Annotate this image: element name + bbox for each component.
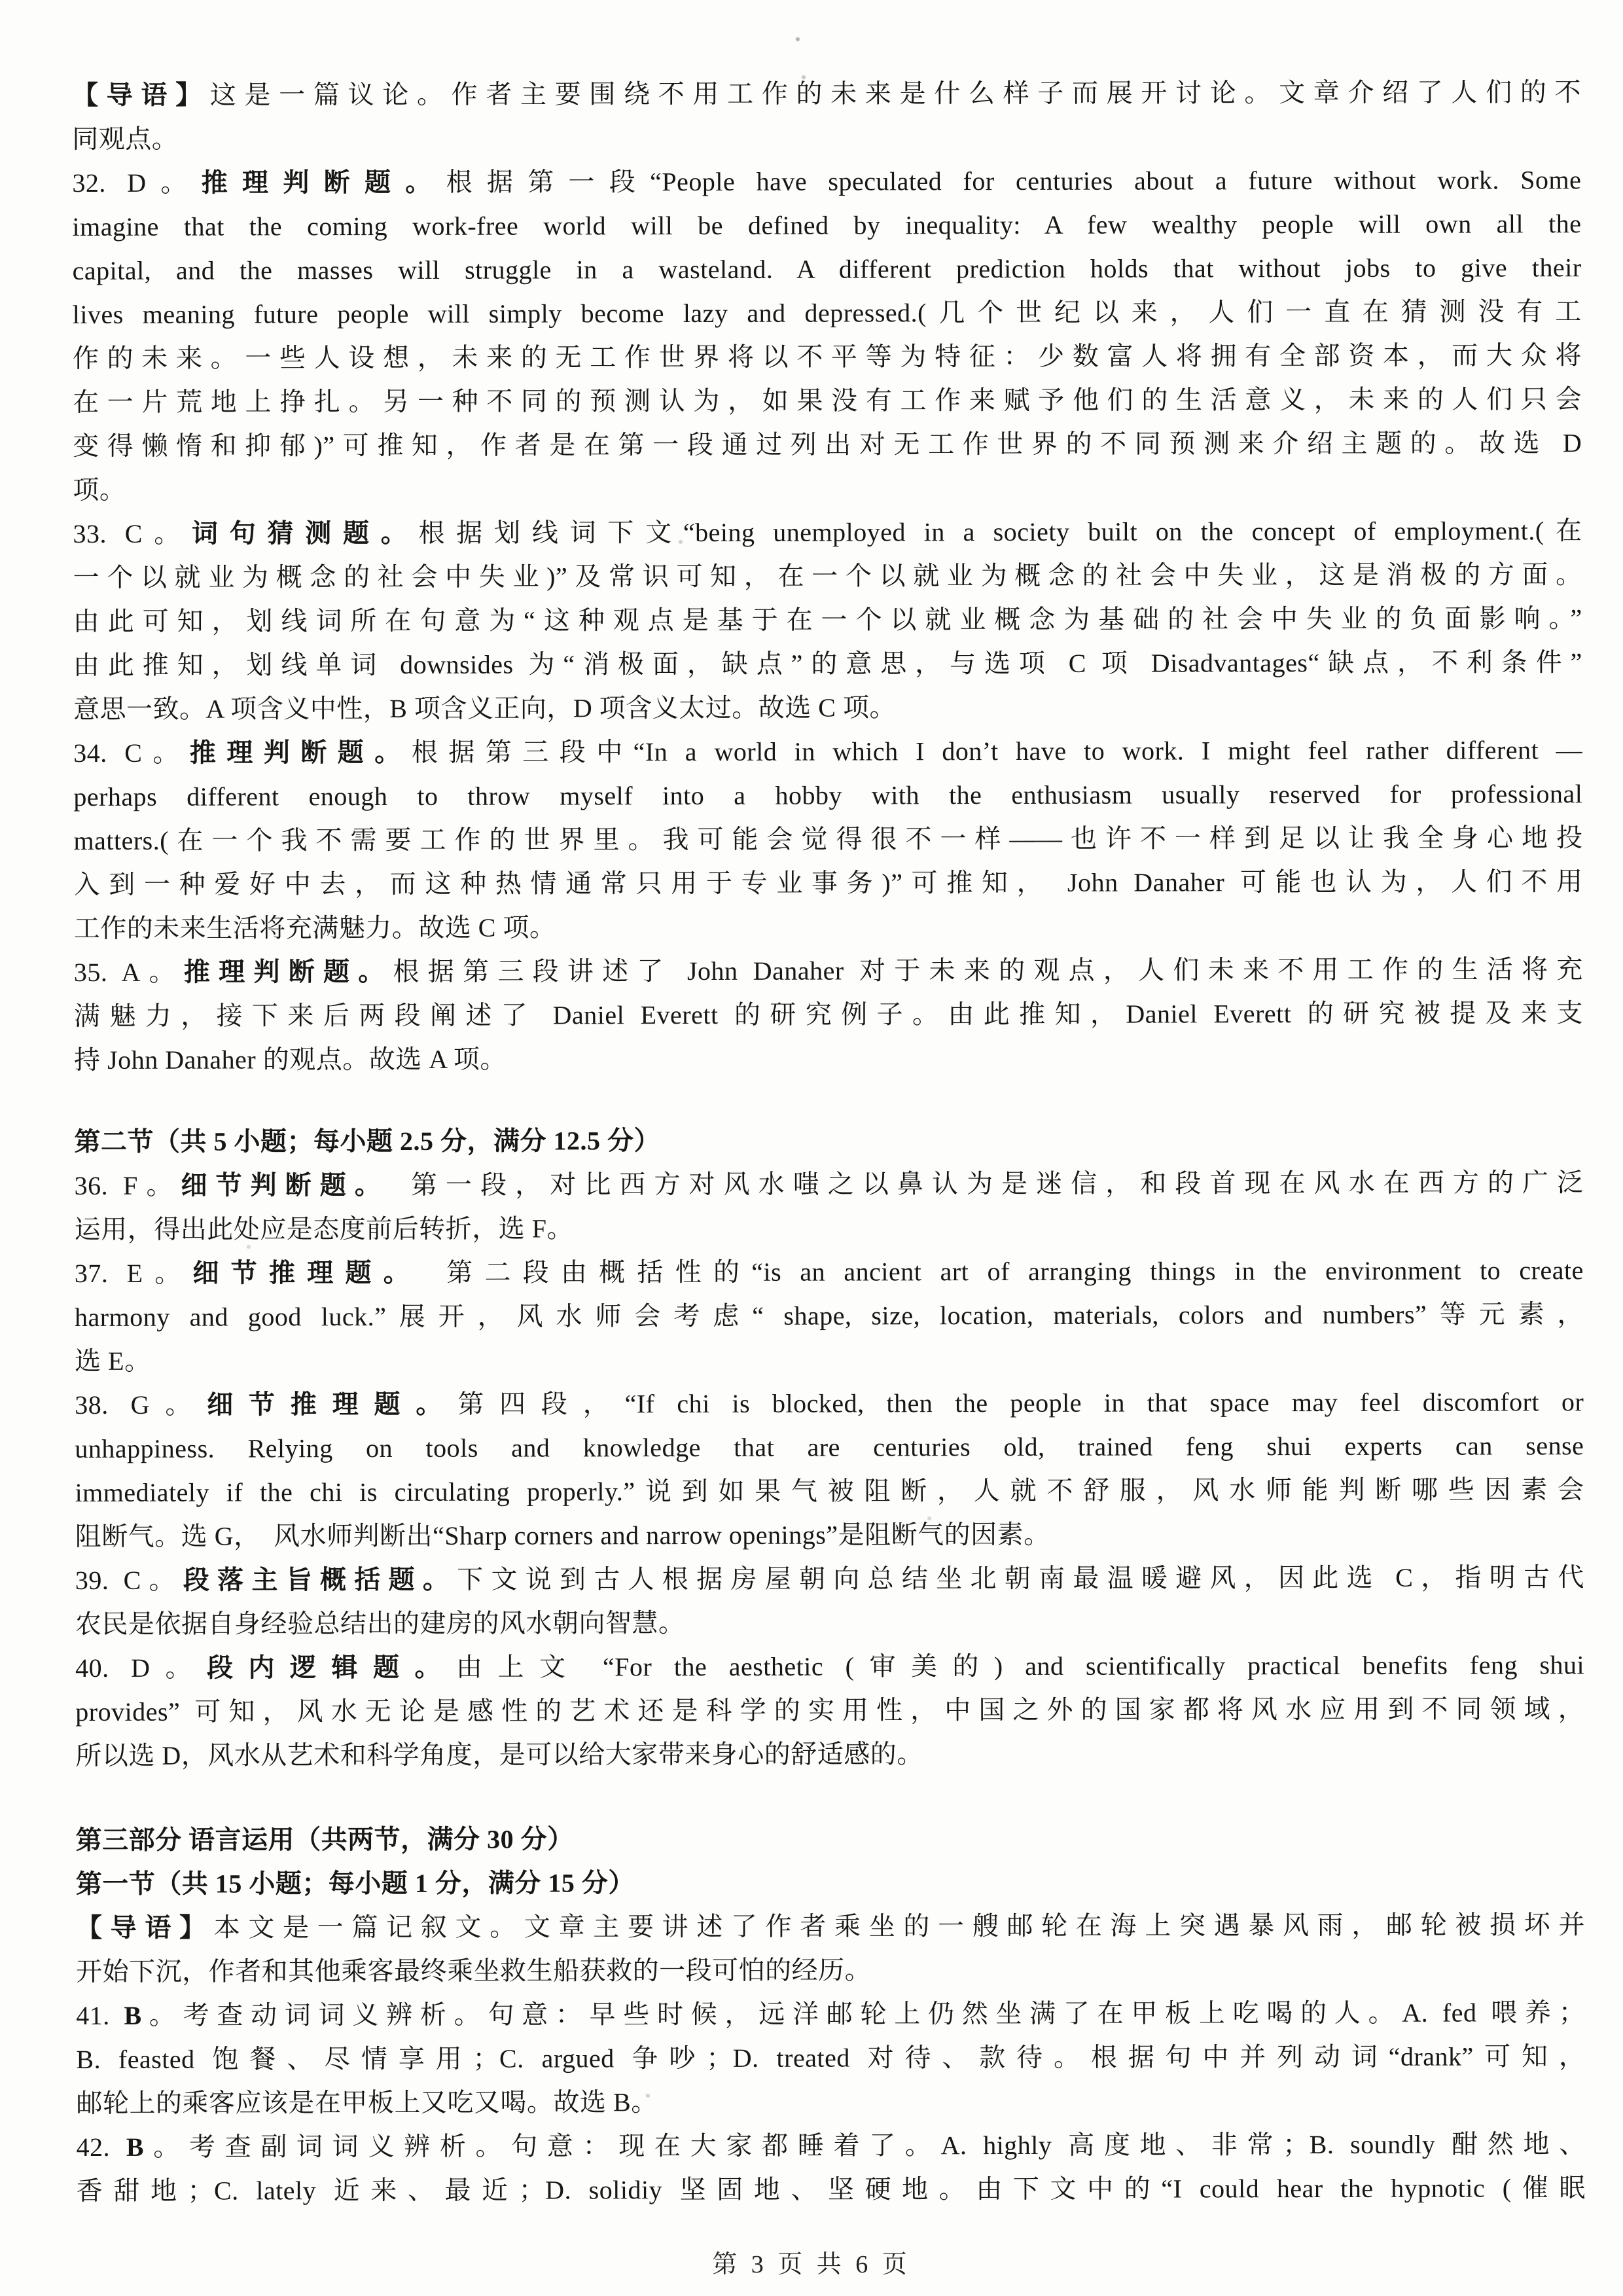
text-line: 在一片荒地上挣扎。另一种不同的预测认为，如果没有工作来赋予他们的生活意义，未来的…: [73, 377, 1582, 424]
text-run: unhappiness. Relying on tools and knowle…: [75, 1431, 1584, 1463]
text-line: 变得懒惰和抑郁)”可推知，作者是在第一段通过列出对无工作世界的不同预测来介绍主题…: [73, 421, 1582, 468]
text-run: 一个以就业为概念的社会中失业)”及常识可知，在一个以就业为概念的社会中失业，这是…: [73, 560, 1582, 592]
text-run: 入到一种爱好中去，而这种热情通常只用于专业事务)”可推知， John Danah…: [74, 867, 1583, 899]
text-line: perhaps different enough to throw myself…: [73, 772, 1582, 819]
text-line: 由此推知，划线单词 downsides 为“消极面，缺点”的意思，与选项 C 项…: [73, 640, 1582, 687]
text-run: 开始下沉，作者和其他乘客最终乘坐救生船获救的一段可怕的经历。: [76, 1955, 871, 1986]
bold-run: 词句猜测题。: [192, 518, 419, 548]
text-run: 根据第三段中“In a world in which I don’t have …: [412, 735, 1583, 767]
text-line: 持 John Danaher 的观点。故选 A 项。: [74, 1035, 1583, 1082]
text-line: lives meaning future people will simply …: [73, 289, 1582, 336]
text-run: 第一段，对比西方对风水嗤之以鼻认为是迷信，和段首现在风水在西方的广泛: [376, 1168, 1584, 1200]
bold-run: 细节推理题。: [207, 1390, 457, 1420]
text-run: 41.: [76, 2001, 124, 2030]
text-line: harmony and good luck.”展开，风水师会考虑“ shape,…: [75, 1292, 1584, 1339]
text-line: 38. G。细节推理题。第四段，“If chi is blocked, then…: [75, 1380, 1584, 1427]
text-run: 35. A。: [74, 958, 184, 987]
text-run: 第四段，“If chi is blocked, then the people …: [457, 1387, 1584, 1419]
text-run: imagine that the coming work-free world …: [72, 209, 1581, 242]
bold-run: B: [126, 2132, 144, 2162]
text-line: 项。: [73, 465, 1582, 512]
text-run: 36. F。: [75, 1171, 181, 1200]
text-line: 一个以就业为概念的社会中失业)”及常识可知，在一个以就业为概念的社会中失业，这是…: [73, 552, 1582, 600]
text-run: immediately if the chi is circulating pr…: [75, 1475, 1584, 1507]
text-line: 39. C。段落主旨概括题。下文说到古人根据房屋朝向总结坐北朝南最温暖避风，因此…: [75, 1555, 1584, 1602]
text-run: 在一片荒地上挣扎。另一种不同的预测认为，如果没有工作来赋予他们的生活意义，未来的…: [73, 384, 1582, 417]
bold-run: 段内逻辑题。: [207, 1653, 456, 1683]
text-run: 根据第三段讲述了 John Danaher 对于未来的观点，人们未来不用工作的生…: [393, 954, 1582, 986]
text-run: 由上文 “For the aesthetic (审美的) and scienti…: [456, 1650, 1584, 1682]
text-run: 39. C。: [75, 1566, 183, 1595]
bold-run: 推理判断题。: [190, 738, 412, 768]
text-run: matters.(在一个我不需要工作的世界里。我可能会觉得很不一样——也许不一样…: [73, 823, 1582, 855]
text-line: 第二节（共 5 小题；每小题 2.5 分，满分 12.5 分）: [74, 1117, 1583, 1164]
text-run: 第二段由概括性的“is an ancient art of arranging …: [408, 1255, 1584, 1287]
text-run: harmony and good luck.”展开，风水师会考虑“ shape,…: [75, 1299, 1584, 1332]
text-run: 意思一致。A 项含义中性，B 项含义正向，D 项含义太过。故选 C 项。: [73, 692, 896, 724]
text-line: 阻断气。选 G， 风水师判断出“Sharp corners and narrow…: [75, 1511, 1584, 1558]
text-line: 选 E。: [75, 1336, 1584, 1383]
text-run: 选 E。: [75, 1346, 151, 1376]
text-line: immediately if the chi is circulating pr…: [75, 1467, 1584, 1515]
bold-run: 推理判断题。: [202, 168, 446, 198]
text-run: 阻断气。选 G， 风水师判断出“Sharp corners and narrow…: [75, 1520, 1050, 1551]
text-line: 32. D。推理判断题。根据第一段“People have speculated…: [72, 158, 1581, 205]
text-line: 【导语】这是一篇议论。作者主要围绕不用工作的未来是什么样子而展开讨论。文章介绍了…: [72, 70, 1581, 117]
text-line: 35. A。推理判断题。根据第三段讲述了 John Danaher 对于未来的观…: [74, 947, 1583, 994]
text-line: 34. C。推理判断题。根据第三段中“In a world in which I…: [73, 728, 1582, 775]
bold-run: 【导语】: [76, 1913, 214, 1943]
text-run: perhaps different enough to throw myself…: [73, 779, 1582, 812]
text-line: 由此可知，划线词所在句意为“这种观点是基于在一个以就业概念为基础的社会中失业的负…: [73, 596, 1582, 643]
bold-run: 细节判断题。: [181, 1170, 376, 1200]
text-line: 邮轮上的乘客应该是在甲板上又吃又喝。故选 B。: [76, 2078, 1585, 2125]
text-run: 农民是依据自身经验总结出的建房的风水朝向智慧。: [75, 1608, 685, 1639]
bold-run: 第二节（共 5 小题；每小题 2.5 分，满分 12.5 分）: [74, 1126, 660, 1157]
text-run: 由此推知，划线单词 downsides 为“消极面，缺点”的意思，与选项 C 项…: [73, 647, 1582, 680]
text-line: matters.(在一个我不需要工作的世界里。我可能会觉得很不一样——也许不一样…: [73, 816, 1582, 863]
text-run: 这是一篇议论。作者主要围绕不用工作的未来是什么样子而展开讨论。文章介绍了人们的不: [210, 77, 1581, 109]
text-line: imagine that the coming work-free world …: [72, 202, 1581, 249]
text-line: 工作的未来生活将充满魅力。故选 C 项。: [74, 903, 1583, 950]
text-run: 同观点。: [72, 124, 178, 154]
text-run: 42.: [77, 2132, 126, 2162]
text-run: 下文说到古人根据房屋朝向总结坐北朝南最温暖避风，因此选 C，指明古代: [457, 1562, 1584, 1594]
text-line: 第一节（共 15 小题；每小题 1 分，满分 15 分）: [76, 1859, 1585, 1906]
bold-run: 【导语】: [72, 81, 210, 110]
bold-run: 第一节（共 15 小题；每小题 1 分，满分 15 分）: [76, 1868, 635, 1899]
text-run: 根据第一段“People have speculated for centuri…: [446, 165, 1582, 197]
text-line: 第三部分 语言运用（共两节，满分 30 分）: [76, 1815, 1585, 1862]
page-footer: 第 3 页 共 6 页: [0, 2244, 1623, 2280]
text-run: lives meaning future people will simply …: [73, 296, 1582, 329]
text-line: 作的未来。一些人设想，未来的无工作世界将以不平等为特征：少数富人将拥有全部资本，…: [73, 333, 1582, 380]
text-run: 34. C。: [73, 738, 190, 768]
text-run: 工作的未来生活将充满魅力。故选 C 项。: [74, 912, 556, 943]
text-run: 32. D。: [72, 168, 201, 198]
text-run: 满魅力，接下来后两段阐述了 Daniel Everett 的研究例子。由此推知，…: [74, 998, 1583, 1031]
text-line: 开始下沉，作者和其他乘客最终乘坐救生船获救的一段可怕的经历。: [76, 1946, 1585, 1994]
text-line: 同观点。: [72, 114, 1581, 161]
text-line: 农民是依据自身经验总结出的建房的风水朝向智慧。: [75, 1599, 1584, 1646]
text-run: 作的未来。一些人设想，未来的无工作世界将以不平等为特征：少数富人将拥有全部资本，…: [73, 340, 1582, 373]
text-run: 由此可知，划线词所在句意为“这种观点是基于在一个以就业概念为基础的社会中失业的负…: [73, 603, 1582, 636]
text-line: unhappiness. Relying on tools and knowle…: [75, 1424, 1584, 1471]
text-line: 【导语】本文是一篇记叙文。文章主要讲述了作者乘坐的一艘邮轮在海上突遇暴风雨，邮轮…: [76, 1903, 1585, 1950]
text-line: 运用，得出此处应是态度前后转折，选 F。: [75, 1204, 1584, 1251]
text-run: 变得懒惰和抑郁)”可推知，作者是在第一段通过列出对无工作世界的不同预测来介绍主题…: [73, 428, 1582, 461]
text-line: 满魅力，接下来后两段阐述了 Daniel Everett 的研究例子。由此推知，…: [74, 991, 1583, 1038]
text-line: 40. D。段内逻辑题。由上文 “For the aesthetic (审美的)…: [75, 1643, 1584, 1690]
text-line: 33. C。词句猜测题。根据划线词下文“being unemployed in …: [73, 509, 1582, 556]
spacer: [74, 1079, 1583, 1120]
text-run: 根据划线词下文“being unemployed in a society bu…: [418, 516, 1582, 548]
text-run: 37. E。: [75, 1259, 193, 1288]
text-run: provides” 可知，风水无论是感性的艺术还是科学的实用性，中国之外的国家都…: [75, 1694, 1584, 1727]
text-run: 运用，得出此处应是态度前后转折，选 F。: [75, 1213, 573, 1244]
text-line: B. feasted 饱餐、尽情享用；C. argued 争吵；D. treat…: [76, 2034, 1585, 2081]
text-line: 37. E。细节推理题。 第二段由概括性的“is an ancient art …: [75, 1248, 1584, 1295]
text-line: provides” 可知，风水无论是感性的艺术还是科学的实用性，中国之外的国家都…: [75, 1687, 1584, 1734]
text-line: capital, and the masses will struggle in…: [73, 245, 1582, 293]
page-number: 第 3 页 共 6 页: [712, 2251, 911, 2278]
text-line: 36. F。细节判断题。 第一段，对比西方对风水嗤之以鼻认为是迷信，和段首现在风…: [74, 1160, 1583, 1208]
text-line: 香甜地；C. lately 近来、最近；D. solidiy 坚固地、坚硬地。由…: [77, 2166, 1586, 2213]
bold-run: B: [124, 2001, 141, 2030]
bold-run: 段落主旨概括题。: [183, 1565, 457, 1595]
text-run: 持 John Danaher 的观点。故选 A 项。: [74, 1045, 507, 1075]
spacer: [75, 1774, 1584, 1818]
text-run: 本文是一篇记叙文。文章主要讲述了作者乘坐的一艘邮轮在海上突遇暴风雨，邮轮被损坏并: [214, 1910, 1585, 1942]
bold-run: 推理判断题。: [184, 957, 393, 987]
text-run: B. feasted 饱餐、尽情享用；C. argued 争吵；D. treat…: [76, 2041, 1585, 2074]
document-body: 【导语】这是一篇议论。作者主要围绕不用工作的未来是什么样子而展开讨论。文章介绍了…: [72, 70, 1586, 2213]
text-line: 42. B。考查副词词义辨析。句意：现在大家都睡着了。A. highly 高度地…: [77, 2122, 1586, 2169]
text-run: 所以选 D，风水从艺术和科学角度，是可以给大家带来身心的舒适感的。: [75, 1739, 923, 1770]
text-run: 项。: [73, 475, 126, 505]
text-line: 所以选 D，风水从艺术和科学角度，是可以给大家带来身心的舒适感的。: [75, 1731, 1584, 1778]
text-run: 33. C。: [73, 519, 192, 548]
text-run: capital, and the masses will struggle in…: [73, 253, 1582, 285]
bold-run: 第三部分 语言运用（共两节，满分 30 分）: [76, 1824, 574, 1855]
text-line: 意思一致。A 项含义中性，B 项含义正向，D 项含义太过。故选 C 项。: [73, 684, 1582, 731]
text-run: 。考查副词词义辨析。句意：现在大家都睡着了。A. highly 高度地、非常；B…: [144, 2129, 1586, 2162]
text-line: 入到一种爱好中去，而这种热情通常只用于专业事务)”可推知， John Danah…: [74, 859, 1583, 906]
text-run: 香甜地；C. lately 近来、最近；D. solidiy 坚固地、坚硬地。由…: [77, 2173, 1586, 2206]
bold-run: 细节推理题。: [192, 1258, 408, 1288]
text-run: 40. D。: [75, 1653, 207, 1683]
text-run: 。考查动词词义辨析。句意：早些时候，远洋邮轮上仍然坐满了在甲板上吃喝的人。A. …: [142, 1998, 1586, 2030]
text-run: 38. G。: [75, 1390, 207, 1420]
text-run: 邮轮上的乘客应该是在甲板上又吃又喝。故选 B。: [76, 2087, 657, 2118]
text-line: 41. B。考查动词词义辨析。句意：早些时候，远洋邮轮上仍然坐满了在甲板上吃喝的…: [76, 1990, 1585, 2037]
scanned-page: 【导语】这是一篇议论。作者主要围绕不用工作的未来是什么样子而展开讨论。文章介绍了…: [0, 0, 1623, 2296]
